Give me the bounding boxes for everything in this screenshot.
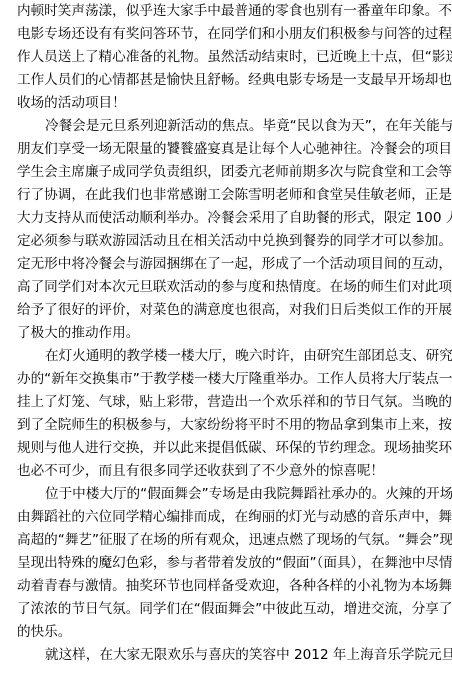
text-line: 办的“新年交换集市”于教学楼一楼大厅隆重举办。工作人员将大厅装点一番， [17,370,433,393]
paragraph-masquerade: 位于中楼大厅的“假面舞会”专场是由我院舞蹈社承办的。火辣的开场舞 由舞蹈社的六位… [17,485,433,646]
text-line: 定必须参与联欢游园活动且在相关活动中兑换到餐券的同学才可以参加。这个规 [17,232,433,255]
text-line: 就这样，在大家无限欢乐与喜庆的笑容中 2012 年上海音乐学院元旦迎新联 [17,646,433,669]
text-line: 冷餐会是元旦系列迎新活动的焦点。毕竟“民以食为天”，在年关能与同学 [17,117,433,140]
text-line: 定无形中将冷餐会与游园捆绑在了一起，形成了一个活动项目间的互动，极大提 [17,255,433,278]
text-line: 呈现出特殊的魔幻色彩，参与者带着发放的“假面”（面具），在舞池中尽情舞 [17,554,433,577]
text-line: 动着青春与激情。抽奖环节也同样备受欢迎，各种各样的小礼物为本场舞会增添 [17,577,433,600]
text-line: 电影专场还设有有奖问答环节，在同学们和小朋友们积极参与问答的过程中，工 [17,25,433,48]
text-line: 在灯火通明的教学楼一楼大厅，晚六时许，由研究生部团总支、研究生会承 [17,347,433,370]
paragraph-exchange-market: 在灯火通明的教学楼一楼大厅，晚六时许，由研究生部团总支、研究生会承 办的“新年交… [17,347,433,485]
text-line: 到了全院师生的积极参与，大家纷纷将平时不用的物品拿到集市上来，按照交换 [17,416,433,439]
text-line: 高了同学们对本次元旦联欢活动的参与度和热情度。在场的师生们对此项活动均 [17,278,433,301]
document-page: 内顿时笑声荡漾，似乎连大家手中最普通的零食也别有一番童年印象。不但如此， 电影专… [17,2,433,669]
text-line: 规则与他人进行交换，并以此来提倡低碳、环保的节约理念。现场抽奖环节当然 [17,439,433,462]
paragraph-closing: 就这样，在大家无限欢乐与喜庆的笑容中 2012 年上海音乐学院元旦迎新联 [17,646,433,669]
text-line: 工作人员们的心情都甚是愉快且舒畅。经典电影专场是一支最早开场却也是最晚 [17,71,433,94]
text-line: 也必不可少，而且有很多同学还收获到了不少意外的惊喜呢！ [17,462,433,485]
text-line: 挂上了灯笼、气球，贴上彩带，营造出一个欢乐祥和的节日气氛。当晚的活动得 [17,393,433,416]
paragraph-cold-buffet: 冷餐会是元旦系列迎新活动的焦点。毕竟“民以食为天”，在年关能与同学 朋友们享受一… [17,117,433,347]
paragraph-movie-session: 内顿时笑声荡漾，似乎连大家手中最普通的零食也别有一番童年印象。不但如此， 电影专… [17,2,433,117]
text-line: 大力支持从而使活动顺利举办。冷餐会采用了自助餐的形式，限定 100 人，并规 [17,209,433,232]
text-line: 给予了很好的评价，对菜色的满意度也很高，对我们日后类似工作的开展也起到 [17,301,433,324]
text-line: 了浓浓的节日气氛。同学们在“假面舞会”中彼此互动，增进交流，分享了节日 [17,600,433,623]
text-line: 由舞蹈社的六位同学精心编排而成，在绚丽的灯光与动感的音乐声中，舞者们用 [17,508,433,531]
text-line: 内顿时笑声荡漾，似乎连大家手中最普通的零食也别有一番童年印象。不但如此， [17,2,433,25]
text-line: 位于中楼大厅的“假面舞会”专场是由我院舞蹈社承办的。火辣的开场舞 [17,485,433,508]
text-line: 的快乐。 [17,623,433,646]
text-line: 朋友们享受一场无限量的饕餮盛宴真是让每个人心驰神往。冷餐会的项目是由院 [17,140,433,163]
text-line: 作人员送上了精心准备的礼物。虽然活动结束时，已近晚上十点，但“影迷”和 [17,48,433,71]
text-line: 了极大的推动作用。 [17,324,433,347]
text-line: 高超的“舞艺”征服了在场的所有观众，迅速点燃了现场的气氛。“舞会”现场 [17,531,433,554]
text-line: 收场的活动项目！ [17,94,433,117]
text-line: 学生会主席廉子成同学负责组织，团委亢老师前期多次与院食堂和工会等部门进 [17,163,433,186]
text-line: 行了协调，在此我们也非常感谢工会陈雪明老师和食堂吴佳敏老师，正是他们的 [17,186,433,209]
